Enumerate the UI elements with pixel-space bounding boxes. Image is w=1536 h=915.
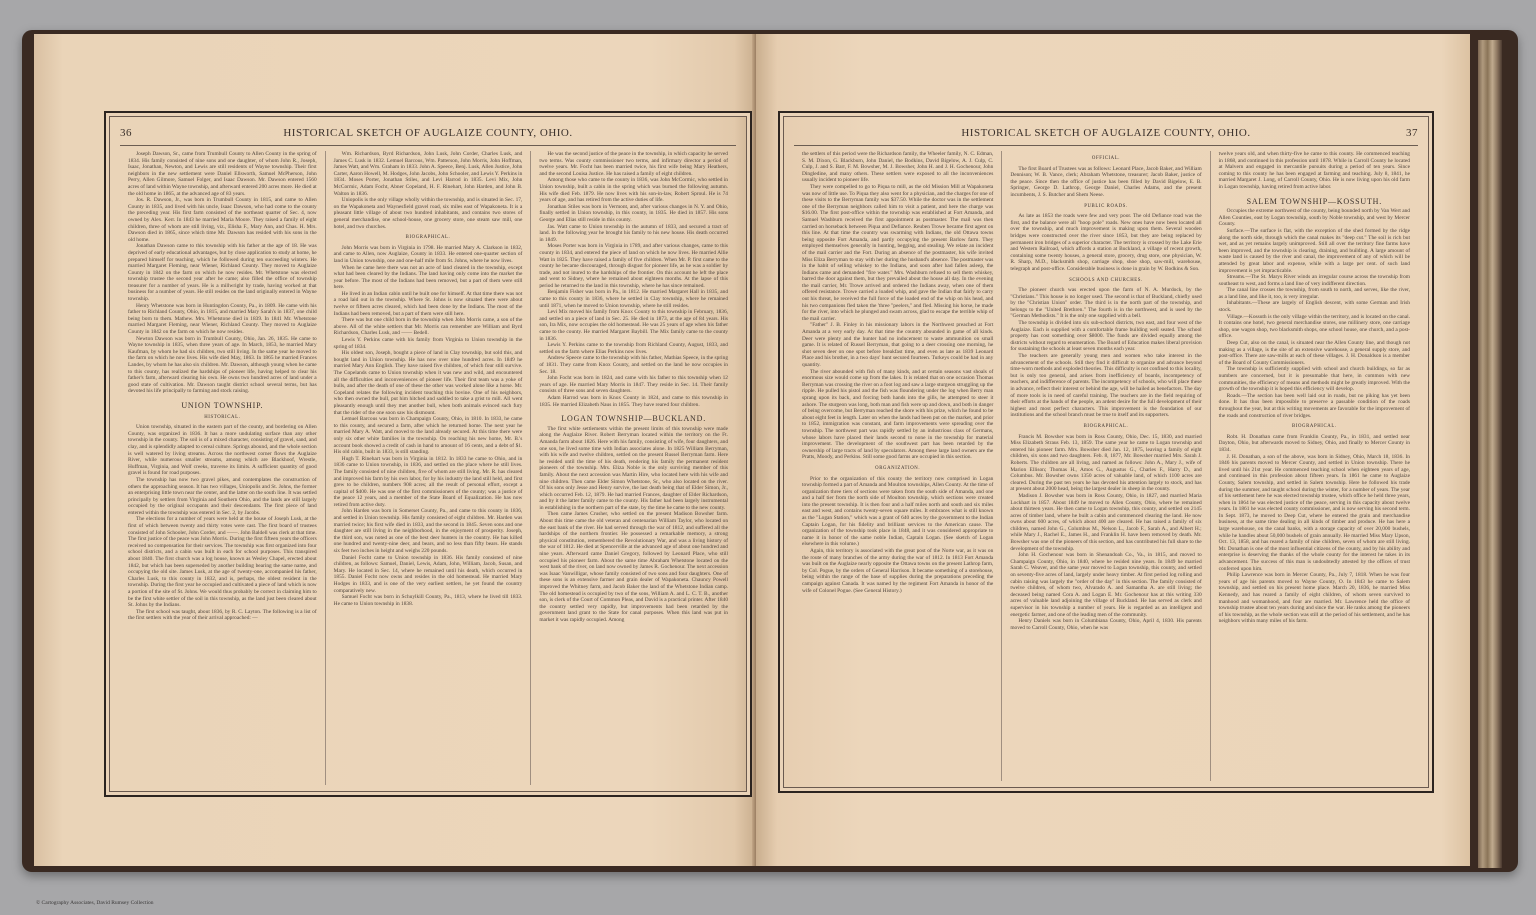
paragraph: Benjamin Fisher was born in Pa., in 1812… [539, 289, 728, 309]
paragraph: Streams.—The St. Marys River winds an ir… [1219, 274, 1410, 287]
paragraph: The first white settlements within the p… [539, 426, 728, 512]
paragraph: Again, this territory is associated with… [802, 548, 993, 594]
paragraph: Jas. Watt came to Union township in the … [539, 224, 728, 244]
paragraph: Roads.—The section has been well laid ou… [1219, 393, 1410, 419]
page-number: 37 [1406, 127, 1418, 139]
left-running-header: 36 HISTORICAL SKETCH OF AUGLAIZE COUNTY,… [120, 123, 736, 146]
paragraph: Prior to the organization of this county… [802, 476, 993, 549]
left-page-text-frame: 36 HISTORICAL SKETCH OF AUGLAIZE COUNTY,… [104, 111, 752, 797]
paragraph: Madison J. Bowsher was born in Ross Coun… [1010, 493, 1201, 552]
paragraph: John Morris was born in Virginia in 1798… [334, 245, 523, 265]
section-heading: HISTORICAL. [128, 415, 317, 422]
paragraph: The river abounded with fish of many kin… [802, 369, 993, 461]
paragraph: J. H. Donathan, a son of the above, was … [1219, 454, 1410, 573]
paragraph: The teachers are generally young men and… [1010, 353, 1201, 419]
section-heading: BIOGRAPHICAL. [1219, 424, 1410, 431]
section-heading: ORGANIZATION. [802, 466, 993, 473]
paragraph: Occupies the extreme northwest of the co… [1219, 208, 1410, 228]
paragraph: Joseph Dawson, Sr., came from Trumbull C… [128, 151, 317, 197]
paragraph: There was but one child born in the town… [334, 317, 523, 337]
text-column: He was the second justice of the peace i… [531, 151, 736, 785]
paragraph: Inhabitants.—These are largely of Englis… [1219, 300, 1410, 313]
paragraph: As late as 1853 the roads were few and v… [1010, 213, 1201, 272]
section-heading: OFFICIAL. [1010, 156, 1201, 163]
running-head-title: HISTORICAL SKETCH OF AUGLAIZE COUNTY, OH… [120, 127, 736, 139]
section-heading: LOGAN TOWNSHIP—BUCKLAND. [539, 416, 728, 423]
paragraph: Henry Whetstone was born in Huntingdon C… [128, 303, 317, 336]
section-heading: SALEM TOWNSHIP—KOSSUTH. [1219, 199, 1410, 206]
paragraph: Newton Dawson was born in Trumbull Count… [128, 336, 317, 395]
paragraph: "Father" J. B. Finley in his missionary … [802, 322, 993, 368]
paragraph: Andrew Speece came to the township with … [539, 355, 728, 375]
section-heading: BIOGRAPHICAL. [334, 235, 523, 242]
paragraph: When he came here there was not an acre … [334, 265, 523, 291]
paragraph: Philip Lawrence was born in Mercer Count… [1219, 572, 1410, 625]
paragraph: The township is divided into six sub-sch… [1010, 320, 1201, 353]
paragraph: Francis M. Bowsher was born in Ross Coun… [1010, 434, 1201, 493]
paragraph: Samuel Focht was born in Schuylkill Coun… [334, 594, 523, 607]
page-edges [1478, 40, 1502, 868]
paragraph: His oldest son, Joseph, bought a piece o… [334, 350, 523, 416]
paragraph: The canal line crosses the township, fro… [1219, 287, 1410, 300]
paragraph: Then came James Crusher, who settled on … [539, 511, 728, 623]
paragraph: The first school was taught, about 1836,… [128, 609, 317, 622]
paragraph: Jonathan Dawson came to this township wi… [128, 243, 317, 302]
paragraph: The township is sufficiently supplied wi… [1219, 366, 1410, 392]
paragraph: He was the second justice of the peace i… [539, 151, 728, 177]
paragraph: Surface.—The surface is flat, with the e… [1219, 228, 1410, 274]
paragraph: He lived in an Indian cabin until he bui… [334, 291, 523, 317]
paragraph: Wm. Richardson, Byrd Richardson, John Lu… [334, 151, 523, 197]
paragraph: twelve years old, and when thirty-five h… [1219, 151, 1410, 191]
paragraph: Levi Mix moved his family from Knox Coun… [539, 309, 728, 342]
paragraph: Jos. R. Dawson, Jr., was born in Trumbul… [128, 197, 317, 243]
paragraph: The first Board of Trustees was as follo… [1010, 166, 1201, 199]
text-column: OFFICIAL.The first Board of Trustees was… [1002, 151, 1210, 781]
paragraph: John Focht was born in 1824, and came wi… [539, 375, 728, 395]
paragraph: They were compelled to go to Piqua to mi… [802, 184, 993, 322]
paragraph: Henry Daniels was born in Columbiana Cou… [1010, 618, 1201, 631]
section-heading: SCHOOLS AND CHURCHES. [1010, 278, 1201, 285]
paragraph: the settlers of this period were the Ric… [802, 151, 993, 184]
paragraph: Jonathan Stiles was born in Vermont, and… [539, 204, 728, 224]
paragraph: Lewis Y. Perkins came with his family fr… [334, 337, 523, 350]
paragraph: Village.—Kossuth is the only village wit… [1219, 314, 1410, 340]
paragraph: Hugh T. Rinehart was born in Virginia in… [334, 456, 523, 509]
paragraph: Among those who came to the county in 18… [539, 177, 728, 203]
right-page-columns: the settlers of this period were the Ric… [794, 151, 1418, 781]
paragraph: John H. Gochenour was born in Shenandoah… [1010, 552, 1201, 618]
paragraph: Adam Harrod was born in Knox County in 1… [539, 395, 728, 408]
paragraph: Robt. H. Donathan came from Franklin Cou… [1219, 434, 1410, 454]
paragraph: The township has now two gravel pikes, a… [128, 477, 317, 517]
text-column: twelve years old, and when thirty-five h… [1211, 151, 1418, 781]
paragraph: Lewis Y. Perkins came to the township fr… [539, 342, 728, 355]
right-page-text-frame: HISTORICAL SKETCH OF AUGLAIZE COUNTY, OH… [778, 111, 1434, 793]
paragraph: Lemuel Barcous was born in Champaign Cou… [334, 416, 523, 456]
paragraph: Daniel Focht came to Union township in 1… [334, 555, 523, 595]
paragraph: John Harden was born in Somerset County,… [334, 508, 523, 554]
text-column: Wm. Richardson, Byrd Richardson, John Lu… [326, 151, 532, 785]
right-running-header: HISTORICAL SKETCH OF AUGLAIZE COUNTY, OH… [794, 123, 1418, 146]
left-page-columns: Joseph Dawson, Sr., came from Trumbull C… [120, 151, 736, 785]
section-heading: BIOGRAPHICAL. [1010, 424, 1201, 431]
paragraph: The pioneer church was erected upon the … [1010, 287, 1201, 320]
collection-credit: © Cartography Associates, David Rumsey C… [36, 900, 154, 906]
text-column: the settlers of this period were the Ric… [794, 151, 1002, 781]
paragraph: Deep Cut, also on the canal, is situated… [1219, 340, 1410, 366]
paragraph: The elections for a number of years were… [128, 516, 317, 608]
section-heading: UNION TOWNSHIP. [128, 403, 317, 410]
text-column: Joseph Dawson, Sr., came from Trumbull C… [120, 151, 326, 785]
paragraph: Moses Porter was born in Virginia in 178… [539, 243, 728, 289]
running-head-title: HISTORICAL SKETCH OF AUGLAIZE COUNTY, OH… [794, 127, 1418, 139]
paragraph: Uniopolis is the only village wholly wit… [334, 197, 523, 230]
section-heading: PUBLIC ROADS. [1010, 204, 1201, 211]
paragraph: Union township, situated in the eastern … [128, 424, 317, 477]
